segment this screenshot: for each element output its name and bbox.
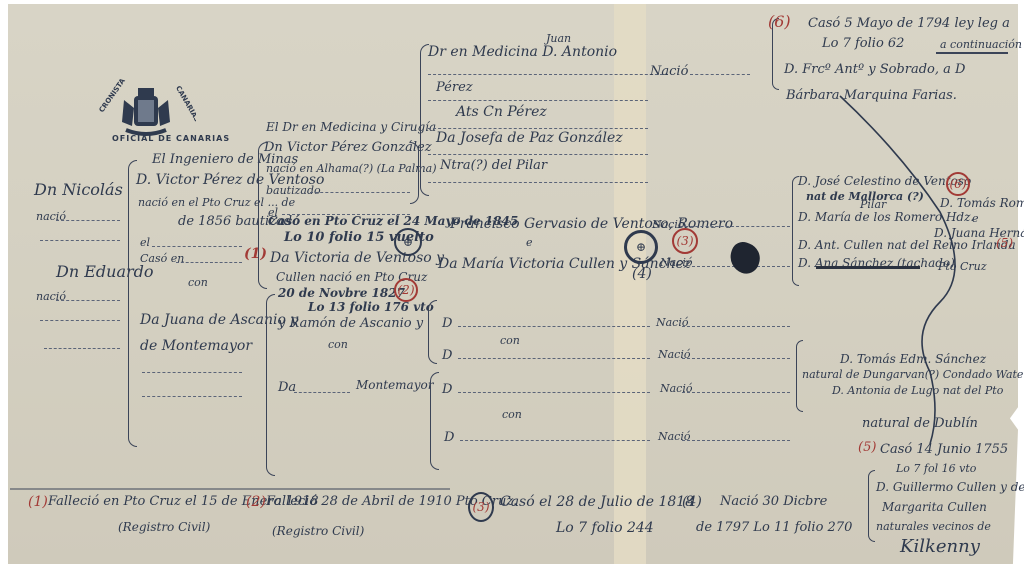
dotted-line — [682, 326, 790, 327]
dotted-line — [682, 358, 790, 359]
dotted-line — [40, 240, 120, 241]
note5-line5: naturales vecinos de — [876, 520, 991, 533]
dotted-line — [460, 440, 650, 441]
dotted-line — [682, 392, 790, 393]
gen2-father-line3: el — [140, 236, 150, 249]
footnote-4-text: Nació 30 Dicbre — [720, 494, 827, 509]
gen4-ventoso-e: e — [526, 236, 533, 249]
gen5-line3: D. María de los Romero Hdz. — [798, 210, 974, 224]
footnote-marker-3[interactable]: (3) — [672, 228, 698, 254]
irish-dublin: natural de Dublín — [862, 416, 978, 431]
seal-caption: OFICIAL DE CANARIAS — [112, 134, 230, 143]
gen3-mother-line2: 20 de Novbre 1827 — [278, 286, 405, 300]
footnote-marker-2[interactable]: (2) — [394, 278, 418, 302]
irish-line2: natural de Dungarvan(?) Condado Waterfor… — [802, 368, 1024, 381]
gen5-side3: Pto Cruz — [938, 260, 987, 273]
bracket-gen4-top — [420, 44, 429, 196]
footnote-marker-5[interactable]: (5) — [996, 236, 1013, 250]
bracket-gen2 — [128, 160, 137, 447]
nicolas-name: Dn Nicolás — [34, 180, 123, 199]
bracket-gen4-b — [430, 372, 439, 470]
blank-row-prefix: D — [444, 430, 454, 445]
marker-circle-cross: ⊕ — [624, 230, 658, 264]
dotted-line — [142, 372, 242, 373]
dotted-line — [56, 220, 120, 221]
blank-row-nacio: Nació — [656, 316, 688, 329]
blank-row-nacio: Nació — [658, 348, 690, 361]
footnote-divider — [10, 488, 450, 490]
gen5-line4: D. Ant. Cullen nat del Reino Irlanda — [798, 238, 1016, 252]
note6-line3: D. Frcº Antº y Sobrado, a D — [784, 62, 965, 77]
blank-row-prefix: D — [442, 382, 452, 397]
dotted-line — [428, 182, 648, 183]
dotted-line — [40, 320, 120, 321]
dotted-line — [176, 262, 242, 263]
note6-line1: Casó 5 Mayo de 1794 ley leg a — [808, 16, 1010, 31]
gen3-father-line2: bautizado — [266, 184, 321, 197]
note5-line6: Kilkenny — [900, 536, 980, 557]
dotted-line — [682, 440, 790, 441]
footnote-marker-6[interactable]: (6) — [946, 172, 970, 196]
gen3-mother-name: Da Victoria de Ventoso y — [270, 250, 444, 266]
gen2-father-line4: Casó en — [140, 252, 184, 265]
svg-text:CANARIAS: CANARIAS — [174, 85, 196, 124]
bracket-gen3-mother — [266, 294, 275, 476]
blank-row-prefix: D — [442, 348, 452, 363]
blank-row-nacio: Nació — [658, 430, 690, 443]
dotted-line — [680, 226, 790, 227]
eduardo-name: Dn Eduardo — [56, 262, 154, 281]
gen4-ventoso-nacio2: Nació — [660, 256, 692, 269]
gen5-side-e: e — [972, 212, 979, 225]
gen3-maternal-con: con — [328, 338, 348, 351]
dotted-line — [152, 246, 242, 247]
footnote-3-text: Casó el 28 de Julio de 1818 — [500, 494, 694, 510]
eduardo-nacio: nació — [36, 290, 66, 303]
footnote-4-sub: de 1797 Lo 11 folio 270 — [696, 520, 852, 535]
bracket-note5 — [868, 470, 875, 542]
gen4-top-line4: Da Josefa de Paz González — [436, 130, 623, 146]
blank-row-con: con — [502, 408, 522, 421]
blank-row-nacio: Nació — [660, 382, 692, 395]
strikethrough — [816, 266, 920, 269]
gen4-top-line3: Ats Cn Pérez — [456, 104, 547, 120]
nicolas-nacio: nació — [36, 210, 66, 223]
gen4-top-line2: Pérez — [436, 80, 473, 95]
note5-line3: D. Guillermo Cullen y de D. — [876, 480, 1024, 494]
gen3-maternal-line3: Montemayor — [356, 378, 433, 392]
note5-line2: Lo 7 fol 16 vto — [896, 462, 976, 475]
dotted-line — [56, 300, 120, 301]
dotted-line — [690, 74, 750, 75]
blank-row-prefix: D — [442, 316, 452, 331]
gen3-mother-line3: Lo 13 folio 176 vto — [308, 300, 434, 314]
gen2-mother-line2: de Montemayor — [140, 338, 252, 354]
tape-strip — [614, 4, 646, 564]
dotted-line — [428, 100, 648, 101]
blank-row-con: con — [500, 334, 520, 347]
note5-marker[interactable]: (5) — [858, 440, 876, 455]
dotted-line — [142, 396, 242, 397]
bracket-gen4-a — [428, 300, 437, 364]
footnote-2-sub: (Registro Civil) — [272, 524, 364, 538]
note6-line2: Lo 7 folio 62 — [822, 36, 904, 51]
footnote-4-marker: (4) — [682, 494, 702, 510]
note6-marker[interactable]: (6) — [768, 12, 791, 31]
footnote-1-marker: (1) — [28, 494, 48, 510]
footnote-2-marker: (2) — [246, 494, 266, 510]
gen3-father-title: El Dr en Medicina y Cirugía — [266, 120, 436, 134]
gen2-con: con — [188, 276, 208, 289]
note5-line1: Casó 14 Junio 1755 — [880, 442, 1008, 457]
underline — [936, 52, 1008, 54]
gen4-top-nacio: Nació — [650, 64, 688, 79]
footnote-marker-4[interactable]: (4) — [632, 266, 652, 282]
note6-underline: a continuación — [940, 38, 1022, 51]
dotted-line — [458, 326, 650, 327]
dotted-line — [458, 392, 650, 393]
dotted-line — [428, 74, 668, 75]
gen4-top-line1: Dr en Medicina D. Antonio — [428, 44, 617, 60]
dotted-line — [458, 358, 650, 359]
note5-line4: Margarita Cullen — [882, 500, 987, 514]
dotted-line — [44, 348, 120, 349]
dotted-line — [428, 154, 648, 155]
gen3-father-name: Dn Victor Pérez González — [264, 140, 432, 155]
irish-line3: D. Antonia de Lugo nat del Pto — [832, 384, 1003, 397]
irish-line1: D. Tomás Edm. Sánchez — [840, 352, 986, 366]
dotted-line — [310, 192, 410, 193]
gen5-side1: D. Tomás Romero — [940, 196, 1024, 210]
footnote-1-sub: (Registro Civil) — [118, 520, 210, 534]
gen3-maternal-line1: y Ramón de Ascanio y — [278, 316, 423, 331]
footnote-3-sub: Lo 7 folio 244 — [556, 520, 654, 536]
gen4-top-line5: Ntra(?) del Pilar — [440, 158, 547, 173]
dotted-line — [428, 128, 648, 129]
dotted-line — [294, 392, 350, 393]
footnote-3-marker: (3) — [468, 492, 494, 522]
bracket-right — [410, 142, 419, 204]
svg-text:CRONISTA: CRONISTA — [98, 78, 128, 114]
